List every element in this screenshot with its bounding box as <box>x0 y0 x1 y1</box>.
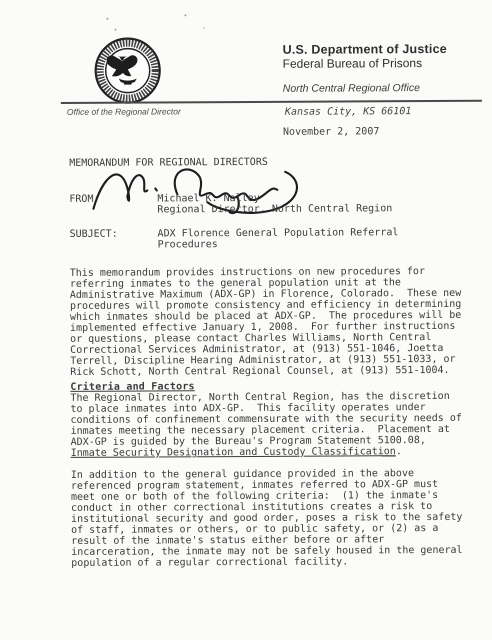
regional-office-line: North Central Regional Office <box>283 82 447 95</box>
scan-speck <box>184 14 186 16</box>
subject-label: SUBJECT: <box>70 228 158 239</box>
from-block: FROM: Michael K. Nalley Regional Directo… <box>69 192 471 216</box>
memo-body: MEMORANDUM FOR REGIONAL DIRECTORS FROM: … <box>69 156 473 569</box>
paragraph-criteria-text: The Regional Director, North Central Reg… <box>70 391 462 448</box>
paragraph-criteria-period: . <box>396 446 402 457</box>
letterhead: U.S. Department of Justice Federal Burea… <box>283 42 448 95</box>
memo-to-line: MEMORANDUM FOR REGIONAL DIRECTORS <box>69 156 471 169</box>
paragraph-criteria: The Regional Director, North Central Reg… <box>70 391 472 459</box>
bureau-title: Federal Bureau of Prisons <box>283 56 447 71</box>
department-title: U.S. Department of Justice <box>283 42 447 57</box>
memo-page: U.S. Department of Justice Federal Burea… <box>0 0 492 640</box>
from-title: Regional Director, North Central Region <box>157 203 392 215</box>
subject-value: ADX Florence General Population Referral… <box>158 227 399 250</box>
scan-speck <box>203 27 204 29</box>
program-statement-title: Inmate Security Designation and Custody … <box>71 446 396 459</box>
scanned-sheet: U.S. Department of Justice Federal Burea… <box>0 0 492 640</box>
subject-block: SUBJECT: ADX Florence General Population… <box>70 227 472 251</box>
doj-eagle-seal-icon <box>94 36 162 104</box>
paragraph-additional-criteria: In addition to the general guidance prov… <box>71 468 474 569</box>
from-label: FROM: <box>69 193 157 204</box>
paragraph-intro: This memorandum provides instructions on… <box>70 266 473 378</box>
office-of-regional-director: Office of the Regional Director <box>67 106 181 117</box>
scan-speck <box>114 29 116 31</box>
city-line: Kansas City, KS 66101 <box>285 106 411 118</box>
scan-speck <box>106 18 108 20</box>
from-value: Michael K. Nalley Regional Director, Nor… <box>157 192 392 215</box>
date-line: November 2, 2007 <box>283 126 379 138</box>
